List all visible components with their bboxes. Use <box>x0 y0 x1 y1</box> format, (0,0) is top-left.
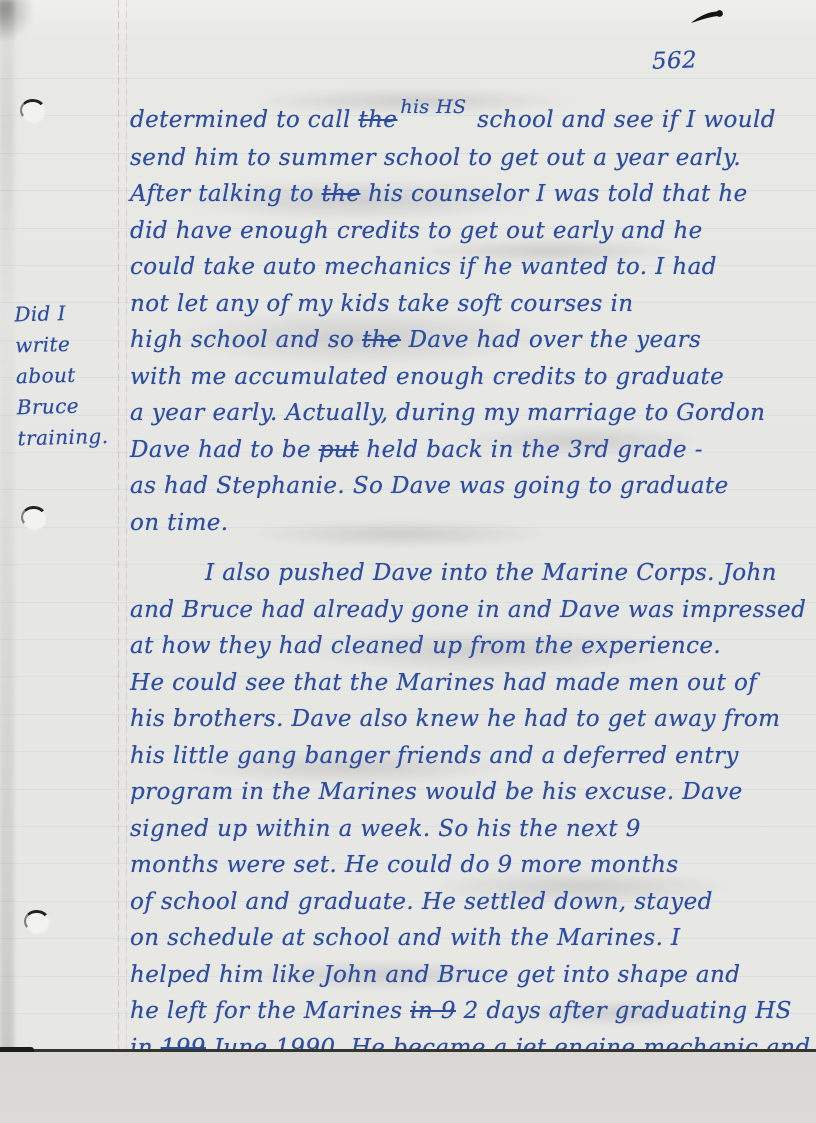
margin-note-line: Bruce <box>16 390 117 424</box>
strikethrough-text: in 9 <box>410 998 456 1024</box>
scanned-page: 562 Did IwriteaboutBrucetraining. determ… <box>0 0 816 1123</box>
ruled-line <box>0 78 816 79</box>
handwritten-line: After talking to the his counselor I was… <box>130 176 792 213</box>
handwritten-line: as had Stephanie. So Dave was going to g… <box>130 468 792 505</box>
hole-punch <box>21 506 48 531</box>
strikethrough-text: the <box>322 181 361 207</box>
corner-smudge <box>0 0 34 42</box>
margin-note-line: write <box>15 328 116 362</box>
interline-insertion: his HS <box>400 89 466 126</box>
handwritten-line: months were set. He could do 9 more mont… <box>130 847 792 884</box>
strikethrough-text: the <box>362 327 401 353</box>
handwritten-line: I also pushed Dave into the Marine Corps… <box>130 555 792 592</box>
handwritten-line: send him to summer school to get out a y… <box>130 140 792 177</box>
handwritten-line: on schedule at school and with the Marin… <box>130 920 792 957</box>
margin-note-line: Did I <box>14 297 115 331</box>
body-lines: determined to call thehis HS school and … <box>130 102 792 1066</box>
handwritten-line: helped him like John and Bruce get into … <box>130 957 792 994</box>
handwritten-line: he left for the Marines in 9 2 days afte… <box>130 993 792 1030</box>
margin-rule-line <box>126 0 127 1051</box>
paper-sheet: 562 Did IwriteaboutBrucetraining. determ… <box>0 0 816 1051</box>
handwritten-line: and Bruce had already gone in and Dave w… <box>130 592 792 629</box>
hole-punch <box>24 910 51 935</box>
handwritten-line: determined to call thehis HS school and … <box>130 102 792 140</box>
margin-note-line: training. <box>17 421 118 455</box>
handwritten-line: at how they had cleaned up from the expe… <box>130 628 792 665</box>
handwritten-line: high school and so the Dave had over the… <box>130 322 792 359</box>
strikethrough-text: the <box>358 107 397 133</box>
handwritten-line: with me accumulated enough credits to gr… <box>130 359 792 396</box>
margin-note-line: about <box>16 359 117 393</box>
handwritten-line: of school and graduate. He settled down,… <box>130 884 792 921</box>
handwritten-line: He could see that the Marines had made m… <box>130 665 792 702</box>
margin-rule-line <box>118 0 119 1051</box>
handwritten-line: a year early. Actually, during my marria… <box>130 395 792 432</box>
scanner-edge-shadow <box>0 0 14 1051</box>
handwritten-line: program in the Marines would be his excu… <box>130 774 792 811</box>
handwritten-line: his brothers. Dave also knew he had to g… <box>130 701 792 738</box>
scanner-background <box>0 1052 816 1123</box>
ink-smudge <box>690 8 726 32</box>
handwritten-line: Dave had to be put held back in the 3rd … <box>130 432 792 469</box>
handwritten-line: on time. <box>130 505 792 542</box>
strikethrough-text: put <box>319 437 359 463</box>
handwritten-line: not let any of my kids take soft courses… <box>130 286 792 323</box>
handwritten-line: could take auto mechanics if he wanted t… <box>130 249 792 286</box>
page-number: 562 <box>652 47 698 75</box>
margin-note: Did IwriteaboutBrucetraining. <box>14 297 118 455</box>
hole-punch <box>20 99 47 124</box>
handwritten-line: signed up within a week. So his the next… <box>130 811 792 848</box>
handwritten-line: did have enough credits to get out early… <box>130 213 792 250</box>
handwritten-line: his little gang banger friends and a def… <box>130 738 792 775</box>
